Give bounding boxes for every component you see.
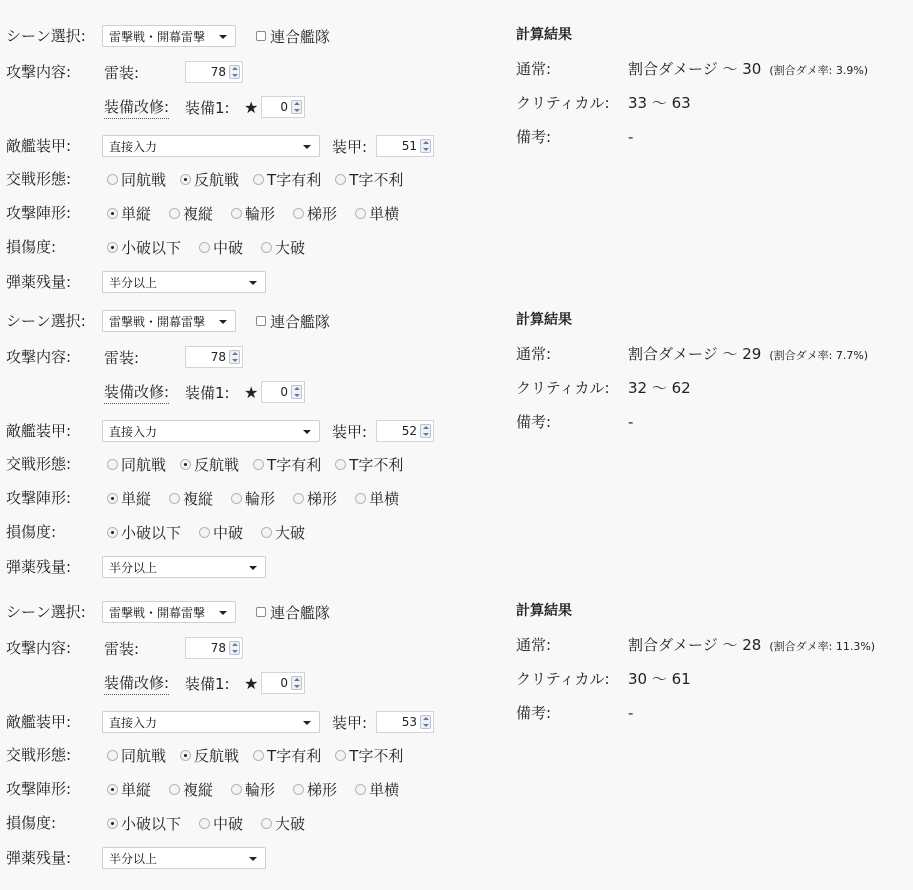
radio-label: 中破 [213,813,243,834]
attack-row: 攻撃内容: 雷装: 78 [0,344,500,370]
torpedo-value: 78 [211,641,226,655]
improvement-row: 装備改修: 装備1: ★ 0 [0,94,500,120]
engagement-radio-group: 同航戦反航戦T字有利T字不利 [107,742,403,768]
radio-heavy[interactable]: 大破 [261,237,305,258]
radio-minor-or-less[interactable]: 小破以下 [107,813,181,834]
radio-button-icon[interactable] [107,459,118,470]
equip1-label: 装備1: [185,379,230,405]
improvement-row: 装備改修: 装備1: ★ 0 [0,379,500,405]
radio-button-icon[interactable] [180,459,191,470]
scene-row: シーン選択: 雷撃戦・開幕雷撃 連合艦隊 [0,599,500,625]
radio-moderate[interactable]: 中破 [199,813,243,834]
radio-button-icon[interactable] [199,818,210,829]
radio-line-abreast[interactable]: 単横 [355,203,399,224]
spinner-icon[interactable] [291,676,302,690]
radio-label: 大破 [275,813,305,834]
torpedo-input[interactable]: 78 [185,61,243,83]
ammo-select-value: 半分以上 [109,559,157,576]
radio-button-icon[interactable] [335,174,346,185]
radio-label: 同航戦 [121,454,166,475]
formation-label: 攻撃陣形: [6,485,71,511]
radio-button-icon[interactable] [231,208,242,219]
improvement-value: 0 [280,100,288,114]
radio-label: 大破 [275,237,305,258]
armor-label: 装甲: [332,133,367,159]
improvement-label: 装備改修: [104,672,169,695]
combined-fleet-checkbox[interactable]: 連合艦隊 [256,23,330,49]
notes-label: 備考: [516,700,551,726]
engagement-radio-group: 同航戦反航戦T字有利T字不利 [107,451,403,477]
radio-label: T字不利 [349,169,403,190]
radio-label: 反航戦 [194,454,239,475]
scene-select-value: 雷撃戦・開幕雷撃 [109,313,205,330]
improvement-input[interactable]: 0 [261,96,305,118]
radio-button-icon[interactable] [293,493,304,504]
scene-row: シーン選択: 雷撃戦・開幕雷撃 連合艦隊 [0,23,500,49]
torpedo-value: 78 [211,65,226,79]
armor-value: 53 [402,715,417,729]
formation-row: 攻撃陣形: 単縦複縦輪形梯形単横 [0,200,500,226]
normal-damage: 割合ダメージ ～ 29 [628,345,761,363]
radio-label: 複縦 [183,779,213,800]
scene-label: シーン選択: [6,308,86,334]
critical-label: クリティカル: [516,375,610,401]
radio-same-course[interactable]: 同航戦 [107,454,166,475]
radio-line-abreast[interactable]: 単横 [355,779,399,800]
radio-label: 梯形 [307,488,337,509]
radio-t-disadvantage[interactable]: T字不利 [335,169,403,190]
enemy-armor-row: 敵艦装甲: 直接入力 装甲: 51 [0,133,500,159]
formation-label: 攻撃陣形: [6,200,71,226]
chevron-down-icon [303,145,311,149]
notes-value: - [628,700,633,726]
chevron-down-icon [303,721,311,725]
scene-select[interactable]: 雷撃戦・開幕雷撃 [102,25,236,47]
radio-label: 輪形 [245,203,275,224]
torpedo-label: 雷装: [104,59,139,85]
radio-label: 複縦 [183,488,213,509]
enemy-armor-label: 敵艦装甲: [6,709,71,735]
radio-moderate[interactable]: 中破 [199,237,243,258]
armor-input[interactable]: 52 [376,420,434,442]
star-icon: ★ [244,94,258,120]
combined-fleet-checkbox[interactable]: 連合艦隊 [256,308,330,334]
scene-row: シーン選択: 雷撃戦・開幕雷撃 連合艦隊 [0,308,500,334]
radio-t-advantage[interactable]: T字有利 [253,169,321,190]
radio-label: 単縦 [121,488,151,509]
normal-damage: 割合ダメージ ～ 28 [628,636,761,654]
formation-label: 攻撃陣形: [6,776,71,802]
radio-label: 中破 [213,237,243,258]
improvement-label: 装備改修: [104,96,169,119]
attack-row: 攻撃内容: 雷装: 78 [0,59,500,85]
radio-echelon[interactable]: 梯形 [293,488,337,509]
calc-block-1: シーン選択: 雷撃戦・開幕雷撃 連合艦隊 攻撃内容: 雷装: 78 [0,0,913,285]
radio-label: 輪形 [245,779,275,800]
attack-label: 攻撃内容: [6,635,71,661]
radio-label: 同航戦 [121,169,166,190]
radio-t-disadvantage[interactable]: T字不利 [335,745,403,766]
torpedo-input[interactable]: 78 [185,637,243,659]
damage-row: 損傷度: 小破以下中破大破 [0,810,500,836]
formation-row: 攻撃陣形: 単縦複縦輪形梯形単横 [0,485,500,511]
damage-radio-group: 小破以下中破大破 [107,234,305,260]
scene-select[interactable]: 雷撃戦・開幕雷撃 [102,310,236,332]
notes-label: 備考: [516,124,551,150]
enemy-armor-select-value: 直接入力 [109,423,157,440]
radio-button-icon[interactable] [261,818,272,829]
normal-damage: 割合ダメージ ～ 30 [628,60,761,78]
radio-diamond[interactable]: 輪形 [231,779,275,800]
radio-label: 小破以下 [121,522,181,543]
radio-button-icon[interactable] [169,493,180,504]
critical-value: 33 ～ 63 [628,90,691,116]
radio-label: 複縦 [183,203,213,224]
radio-button-icon[interactable] [355,208,366,219]
radio-line-ahead[interactable]: 単縦 [107,203,151,224]
scene-select-value: 雷撃戦・開幕雷撃 [109,604,205,621]
ammo-row: 弾薬残量: 半分以上 [0,845,500,871]
radio-label: 大破 [275,522,305,543]
enemy-armor-select[interactable]: 直接入力 [102,420,320,442]
calc-block-2: シーン選択: 雷撃戦・開幕雷撃 連合艦隊 攻撃内容: 雷装: 78 [0,285,913,570]
radio-button-icon[interactable] [253,750,264,761]
result-title: 計算結果 [516,598,572,624]
chevron-down-icon [303,430,311,434]
formation-radio-group: 単縦複縦輪形梯形単横 [107,776,399,802]
chevron-down-icon [219,35,227,39]
radio-label: 単横 [369,203,399,224]
radio-label: T字不利 [349,454,403,475]
combined-fleet-checkbox[interactable]: 連合艦隊 [256,599,330,625]
radio-button-icon[interactable] [107,527,118,538]
damage-label: 損傷度: [6,234,56,260]
critical-label: クリティカル: [516,90,610,116]
radio-button-icon[interactable] [107,174,118,185]
radio-button-icon[interactable] [355,784,366,795]
damage-label: 損傷度: [6,810,56,836]
radio-line-abreast[interactable]: 単横 [355,488,399,509]
improvement-value: 0 [280,385,288,399]
radio-button-icon[interactable] [180,750,191,761]
radio-label: 単横 [369,779,399,800]
radio-label: T字有利 [267,745,321,766]
damage-row: 損傷度: 小破以下中破大破 [0,519,500,545]
radio-label: 単縦 [121,203,151,224]
radio-double-line[interactable]: 複縦 [169,779,213,800]
radio-button-icon[interactable] [199,527,210,538]
radio-button-icon[interactable] [180,174,191,185]
normal-damage-rate: (割合ダメ率: 11.3%) [769,640,875,653]
normal-value: 割合ダメージ ～ 28(割合ダメ率: 11.3%) [628,632,875,658]
damage-label: 損傷度: [6,519,56,545]
radio-button-icon[interactable] [261,527,272,538]
engagement-label: 交戦形態: [6,166,71,192]
scene-select[interactable]: 雷撃戦・開幕雷撃 [102,601,236,623]
damage-radio-group: 小破以下中破大破 [107,519,305,545]
radio-label: 反航戦 [194,169,239,190]
engagement-label: 交戦形態: [6,742,71,768]
radio-diamond[interactable]: 輪形 [231,203,275,224]
radio-button-icon[interactable] [335,750,346,761]
enemy-armor-label: 敵艦装甲: [6,418,71,444]
radio-heavy[interactable]: 大破 [261,813,305,834]
spinner-icon[interactable] [420,139,431,153]
radio-button-icon[interactable] [107,493,118,504]
critical-value: 32 ～ 62 [628,375,691,401]
scene-label: シーン選択: [6,599,86,625]
improvement-value: 0 [280,676,288,690]
critical-label: クリティカル: [516,666,610,692]
formation-radio-group: 単縦複縦輪形梯形単横 [107,200,399,226]
radio-button-icon[interactable] [107,784,118,795]
radio-moderate[interactable]: 中破 [199,522,243,543]
combined-fleet-label: 連合艦隊 [270,311,330,332]
radio-label: 小破以下 [121,813,181,834]
spinner-icon[interactable] [229,641,240,655]
radio-label: 梯形 [307,779,337,800]
normal-label: 通常: [516,56,551,82]
radio-head-on[interactable]: 反航戦 [180,745,239,766]
result-title: 計算結果 [516,22,572,48]
result-title: 計算結果 [516,307,572,333]
radio-echelon[interactable]: 梯形 [293,779,337,800]
radio-diamond[interactable]: 輪形 [231,488,275,509]
armor-label: 装甲: [332,418,367,444]
normal-label: 通常: [516,341,551,367]
radio-label: T字有利 [267,169,321,190]
radio-button-icon[interactable] [355,493,366,504]
radio-button-icon[interactable] [231,784,242,795]
scene-select-value: 雷撃戦・開幕雷撃 [109,28,205,45]
radio-button-icon[interactable] [169,208,180,219]
notes-value: - [628,124,633,150]
combined-fleet-label: 連合艦隊 [270,602,330,623]
critical-value: 30 ～ 61 [628,666,691,692]
radio-minor-or-less[interactable]: 小破以下 [107,237,181,258]
armor-value: 51 [402,139,417,153]
notes-label: 備考: [516,409,551,435]
spinner-icon[interactable] [420,715,431,729]
engagement-row: 交戦形態: 同航戦反航戦T字有利T字不利 [0,742,500,768]
checkbox-icon[interactable] [256,316,266,326]
radio-label: 単横 [369,488,399,509]
attack-row: 攻撃内容: 雷装: 78 [0,635,500,661]
chevron-down-icon [249,566,257,570]
formation-radio-group: 単縦複縦輪形梯形単横 [107,485,399,511]
radio-label: 同航戦 [121,745,166,766]
enemy-armor-select-value: 直接入力 [109,138,157,155]
radio-t-advantage[interactable]: T字有利 [253,454,321,475]
engagement-radio-group: 同航戦反航戦T字有利T字不利 [107,166,403,192]
star-icon: ★ [244,670,258,696]
attack-label: 攻撃内容: [6,59,71,85]
equip1-label: 装備1: [185,670,230,696]
engagement-label: 交戦形態: [6,451,71,477]
spinner-icon[interactable] [229,350,240,364]
improvement-input[interactable]: 0 [261,381,305,403]
normal-damage-rate: (割合ダメ率: 7.7%) [769,349,868,362]
star-icon: ★ [244,379,258,405]
enemy-armor-select[interactable]: 直接入力 [102,711,320,733]
enemy-armor-row: 敵艦装甲: 直接入力 装甲: 52 [0,418,500,444]
armor-label: 装甲: [332,709,367,735]
radio-label: T字有利 [267,454,321,475]
checkbox-icon[interactable] [256,607,266,617]
radio-label: 単縦 [121,779,151,800]
armor-input[interactable]: 53 [376,711,434,733]
radio-button-icon[interactable] [253,174,264,185]
chevron-down-icon [219,611,227,615]
torpedo-value: 78 [211,350,226,364]
combined-fleet-label: 連合艦隊 [270,26,330,47]
radio-head-on[interactable]: 反航戦 [180,454,239,475]
radio-button-icon[interactable] [261,242,272,253]
radio-button-icon[interactable] [107,208,118,219]
improvement-label: 装備改修: [104,381,169,404]
spinner-icon[interactable] [229,65,240,79]
radio-label: 梯形 [307,203,337,224]
radio-label: 反航戦 [194,745,239,766]
radio-button-icon[interactable] [169,784,180,795]
armor-input[interactable]: 51 [376,135,434,157]
normal-value: 割合ダメージ ～ 30(割合ダメ率: 3.9%) [628,56,868,82]
radio-same-course[interactable]: 同航戦 [107,169,166,190]
radio-button-icon[interactable] [335,459,346,470]
enemy-armor-select-value: 直接入力 [109,714,157,731]
radio-button-icon[interactable] [107,750,118,761]
spinner-icon[interactable] [291,100,302,114]
enemy-armor-select[interactable]: 直接入力 [102,135,320,157]
radio-double-line[interactable]: 複縦 [169,488,213,509]
radio-line-ahead[interactable]: 単縦 [107,488,151,509]
improvement-row: 装備改修: 装備1: ★ 0 [0,670,500,696]
attack-label: 攻撃内容: [6,344,71,370]
damage-radio-group: 小破以下中破大破 [107,810,305,836]
radio-heavy[interactable]: 大破 [261,522,305,543]
chevron-down-icon [219,320,227,324]
radio-label: 中破 [213,522,243,543]
radio-button-icon[interactable] [293,208,304,219]
spinner-icon[interactable] [420,424,431,438]
radio-button-icon[interactable] [107,242,118,253]
radio-t-disadvantage[interactable]: T字不利 [335,454,403,475]
engagement-row: 交戦形態: 同航戦反航戦T字有利T字不利 [0,166,500,192]
radio-label: 輪形 [245,488,275,509]
radio-echelon[interactable]: 梯形 [293,203,337,224]
normal-value: 割合ダメージ ～ 29(割合ダメ率: 7.7%) [628,341,868,367]
radio-button-icon[interactable] [231,493,242,504]
normal-damage-rate: (割合ダメ率: 3.9%) [769,64,868,77]
radio-t-advantage[interactable]: T字有利 [253,745,321,766]
radio-button-icon[interactable] [107,818,118,829]
torpedo-label: 雷装: [104,635,139,661]
radio-line-ahead[interactable]: 単縦 [107,779,151,800]
ammo-select-value: 半分以上 [109,850,157,867]
formation-row: 攻撃陣形: 単縦複縦輪形梯形単横 [0,776,500,802]
radio-label: 小破以下 [121,237,181,258]
ammo-label: 弾薬残量: [6,845,71,871]
radio-button-icon[interactable] [253,459,264,470]
damage-row: 損傷度: 小破以下中破大破 [0,234,500,260]
radio-head-on[interactable]: 反航戦 [180,169,239,190]
radio-label: T字不利 [349,745,403,766]
calc-block-3: シーン選択: 雷撃戦・開幕雷撃 連合艦隊 攻撃内容: 雷装: 78 [0,576,913,861]
engagement-row: 交戦形態: 同航戦反航戦T字有利T字不利 [0,451,500,477]
ammo-select[interactable]: 半分以上 [102,847,266,869]
checkbox-icon[interactable] [256,31,266,41]
radio-minor-or-less[interactable]: 小破以下 [107,522,181,543]
radio-same-course[interactable]: 同航戦 [107,745,166,766]
notes-value: - [628,409,633,435]
torpedo-label: 雷装: [104,344,139,370]
enemy-armor-row: 敵艦装甲: 直接入力 装甲: 53 [0,709,500,735]
scene-label: シーン選択: [6,23,86,49]
equip1-label: 装備1: [185,94,230,120]
improvement-input[interactable]: 0 [261,672,305,694]
torpedo-input[interactable]: 78 [185,346,243,368]
spinner-icon[interactable] [291,385,302,399]
chevron-down-icon [249,857,257,861]
normal-label: 通常: [516,632,551,658]
armor-value: 52 [402,424,417,438]
enemy-armor-label: 敵艦装甲: [6,133,71,159]
ammo-select[interactable]: 半分以上 [102,556,266,578]
radio-double-line[interactable]: 複縦 [169,203,213,224]
radio-button-icon[interactable] [199,242,210,253]
radio-button-icon[interactable] [293,784,304,795]
